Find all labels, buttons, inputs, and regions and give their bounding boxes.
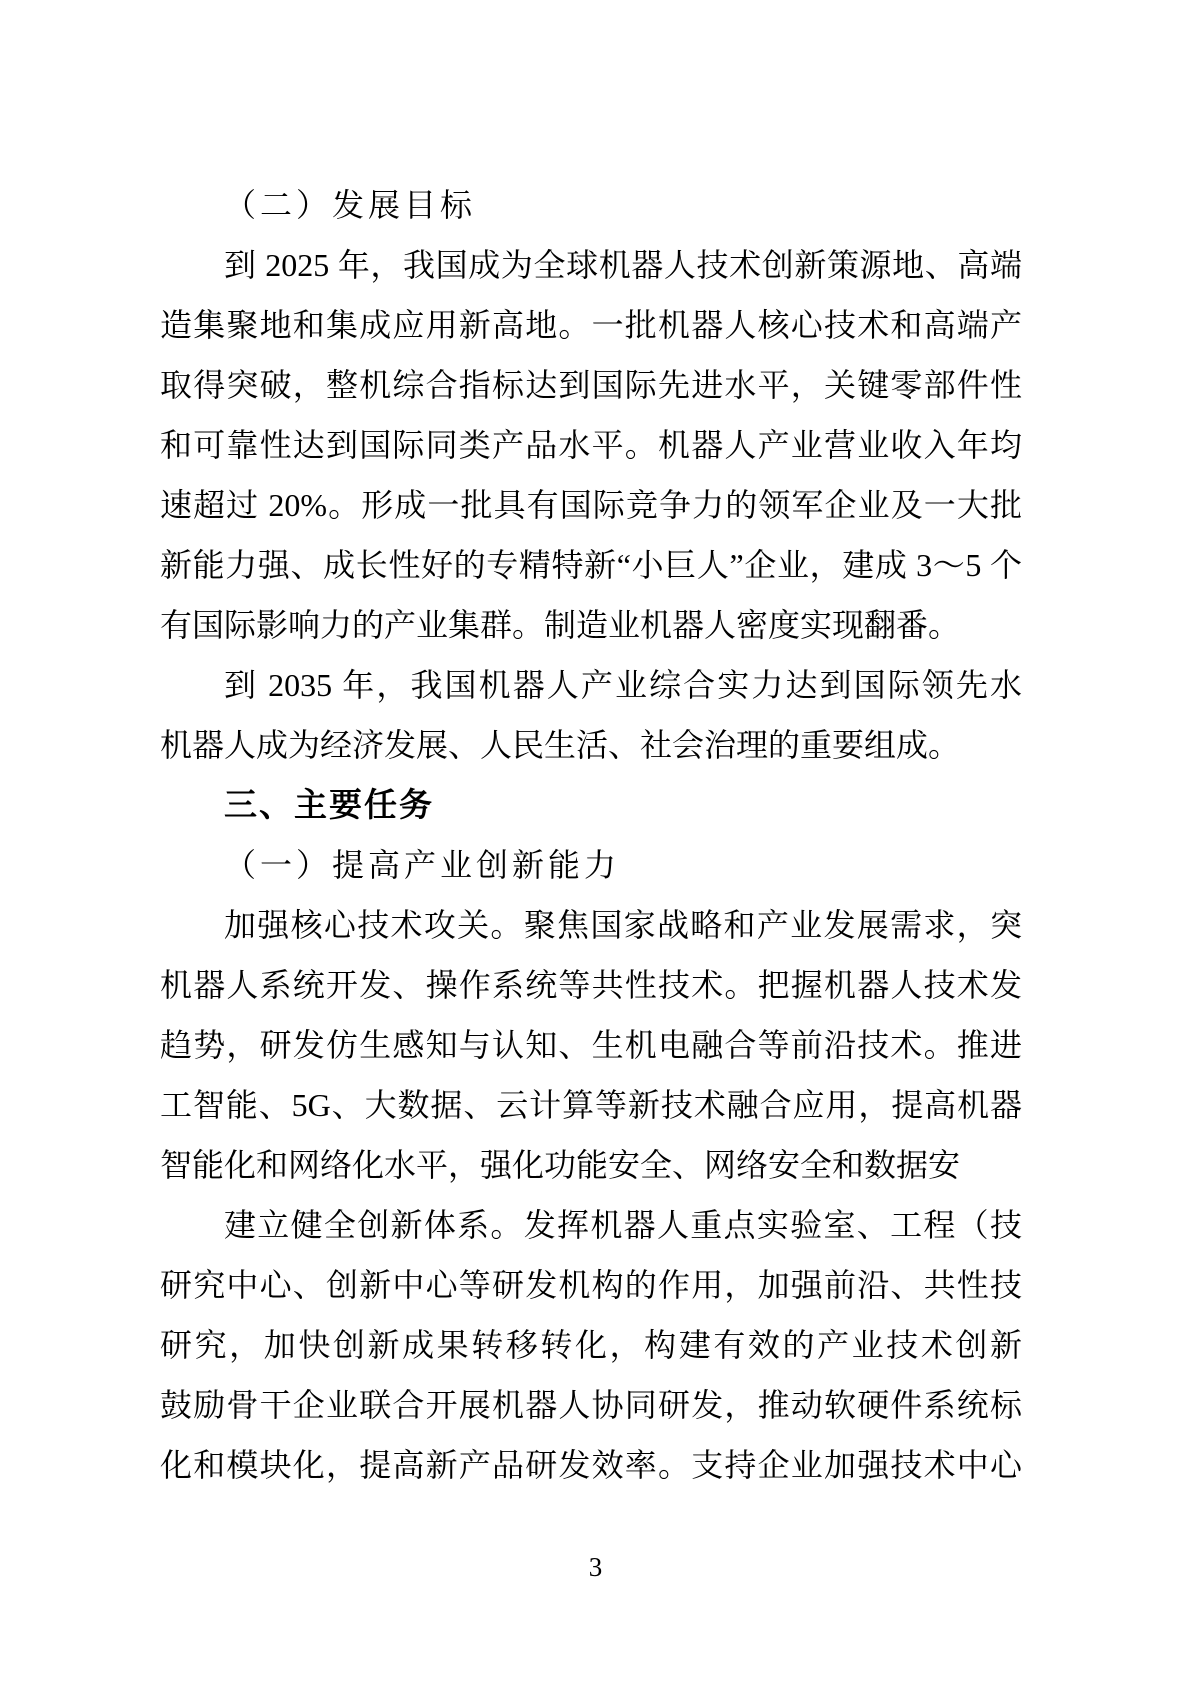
paragraph-line: 到 2035 年，我国机器人产业综合实力达到国际领先水平， (160, 655, 1022, 715)
subsection-heading: （一）提高产业创新能力 (160, 835, 1022, 895)
section-heading: 三、主要任务 (160, 775, 1022, 835)
paragraph-line: 研究中心、创新中心等研发机构的作用，加强前沿、共性技术 (160, 1255, 1022, 1315)
paragraph-line: 速超过 20%。形成一批具有国际竞争力的领军企业及一大批创 (160, 475, 1022, 535)
paragraph-line: 加强核心技术攻关。聚焦国家战略和产业发展需求，突破 (160, 895, 1022, 955)
paragraph-line: 鼓励骨干企业联合开展机器人协同研发，推动软硬件系统标准 (160, 1375, 1022, 1435)
document-page: （二）发展目标到 2025 年，我国成为全球机器人技术创新策源地、高端制造集聚地… (0, 0, 1191, 1684)
paragraph-line: 机器人成为经济发展、人民生活、社会治理的重要组成。 (160, 715, 1022, 775)
paragraph-line: 智能化和网络化水平，强化功能安全、网络安全和数据安全。 (160, 1135, 1022, 1195)
paragraph-line: 趋势，研发仿生感知与认知、生机电融合等前沿技术。推进人 (160, 1015, 1022, 1075)
paragraph-line: 新能力强、成长性好的专精特新“小巨人”企业，建成 3～5 个 (160, 535, 1022, 595)
paragraph-line: 造集聚地和集成应用新高地。一批机器人核心技术和高端产品 (160, 295, 1022, 355)
paragraph-line: 建立健全创新体系。发挥机器人重点实验室、工程（技术） (160, 1195, 1022, 1255)
paragraph-line: 和可靠性达到国际同类产品水平。机器人产业营业收入年均增 (160, 415, 1022, 475)
subsection-heading: （二）发展目标 (160, 175, 1022, 235)
paragraph-line: 有国际影响力的产业集群。制造业机器人密度实现翻番。 (160, 595, 1022, 655)
paragraph-line: 工智能、5G、大数据、云计算等新技术融合应用，提高机器人 (160, 1075, 1022, 1135)
document-body: （二）发展目标到 2025 年，我国成为全球机器人技术创新策源地、高端制造集聚地… (160, 175, 1022, 1495)
paragraph-line: 研究，加快创新成果转移转化，构建有效的产业技术创新链。 (160, 1315, 1022, 1375)
paragraph-line: 化和模块化，提高新产品研发效率。支持企业加强技术中心建 (160, 1435, 1022, 1495)
paragraph-line: 取得突破，整机综合指标达到国际先进水平，关键零部件性能 (160, 355, 1022, 415)
page-number: 3 (589, 1552, 603, 1582)
paragraph-line: 机器人系统开发、操作系统等共性技术。把握机器人技术发展 (160, 955, 1022, 1015)
page-footer: 3 (0, 1550, 1191, 1584)
paragraph-line: 到 2025 年，我国成为全球机器人技术创新策源地、高端制 (160, 235, 1022, 295)
